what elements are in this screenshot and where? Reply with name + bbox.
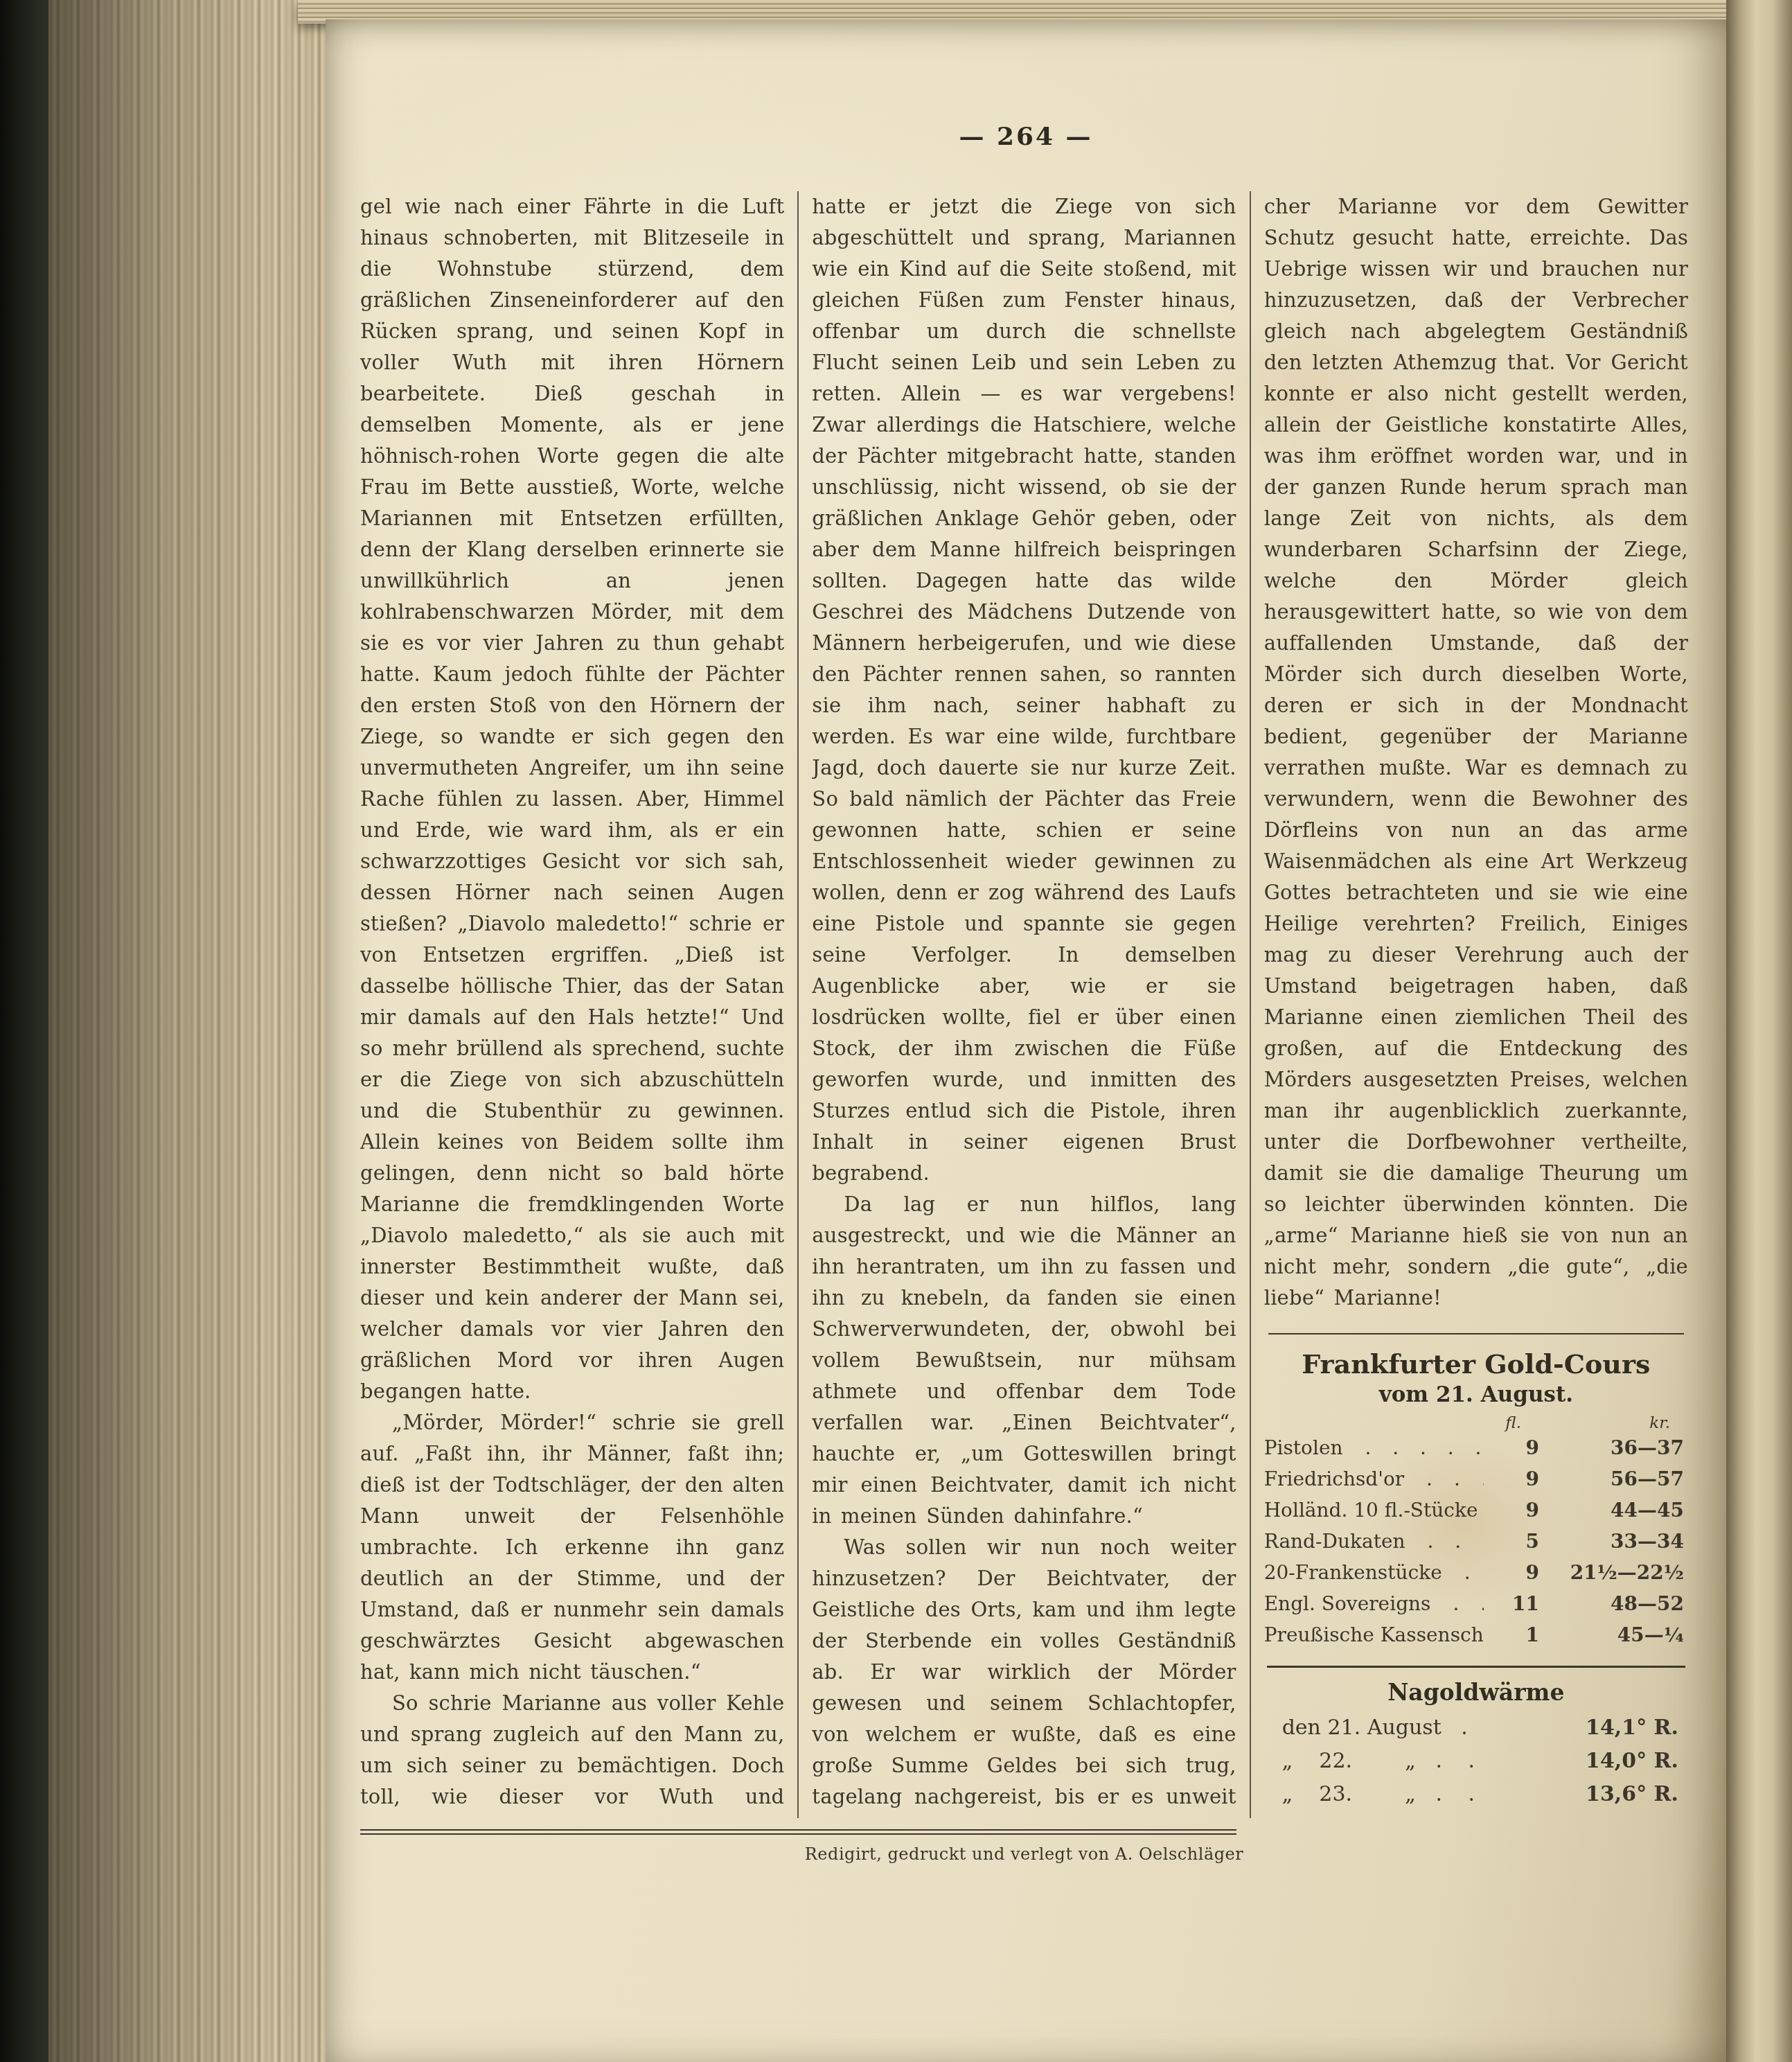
gold-cours-fl-value: 9 [1484,1432,1539,1463]
dot-leader: . . . . [1412,1468,1484,1490]
dot-leader: . . [1436,1782,1485,1806]
column-rule [1250,191,1251,1818]
text-column-2: hatte er jetzt die Ziege von sich abgesc… [812,191,1236,1818]
gold-cours-item-name: Engl. Sovereigns [1264,1592,1431,1615]
nagoldwaerme-day: den 21. August . [1282,1711,1539,1745]
dot-leader: . . [1436,1749,1485,1773]
gold-cours-fl-value: 1 [1484,1619,1539,1650]
nagoldwaerme-temperature: 14,0° R. [1539,1745,1688,1778]
gold-cours-item-name: 20-Frankenstücke [1264,1561,1442,1584]
book-cover-edge [0,0,48,2062]
gold-cours-item-name: Preußische Kassenscheine [1264,1623,1484,1646]
dot-leader: . [1461,1716,1478,1740]
gold-cours-item-label: Friedrichsd'or . . . . [1264,1463,1484,1495]
gold-cours-section: Frankfurter Gold-Cours vom 21. August. f… [1264,1348,1688,1650]
section-divider [1268,1333,1684,1334]
story-continuation: cher Marianne vor dem Gewitter Schutz ge… [1264,191,1688,1314]
column-rule [797,191,799,1818]
book-scan: — 264 — gel wie nach einer Fährte in die… [0,0,1792,2062]
gold-cours-item-label: 20-Frankenstücke . . . [1264,1557,1484,1588]
gold-cours-row: Pistolen . . . . .936—37 [1264,1432,1688,1463]
gold-cours-item-label: Rand-Dukaten . . . . [1264,1526,1484,1557]
gold-cours-fl-value: 9 [1484,1495,1539,1526]
imprint-line: Redigirt, gedruckt und verlegt von A. Oe… [360,1844,1688,1864]
gold-cours-row: Rand-Dukaten . . . .533—34 [1264,1526,1688,1557]
nagoldwaerme-row: „ 23. „ . .13,6° R. [1264,1778,1688,1811]
gold-cours-kr-value: 56—57 [1539,1463,1688,1495]
nagoldwaerme-temperature: 13,6° R. [1539,1778,1688,1811]
gold-cours-header-fl: fl. [1484,1414,1539,1432]
gold-cours-row: Engl. Sovereigns . . .1148—52 [1264,1588,1688,1619]
gold-cours-item-label: Pistolen . . . . . [1264,1432,1484,1463]
story-paragraph: Was sollen wir nun noch weiter hinzusetz… [812,1532,1236,1818]
story-paragraph: „Mörder, Mörder!“ schrie sie grell auf. … [360,1407,784,1688]
gold-cours-item-label: Preußische Kassenscheine [1264,1619,1484,1650]
text-column-1: gel wie nach einer Fährte in die Luft hi… [360,191,784,1818]
gold-cours-fl-value: 5 [1484,1526,1539,1557]
gold-cours-header-row: fl. kr. [1264,1414,1688,1432]
dot-leader: . . . [1451,1561,1484,1584]
nagoldwaerme-row: den 21. August .14,1° R. [1264,1711,1688,1745]
story-paragraph: So schrie Marianne aus voller Kehle und … [360,1688,784,1818]
gold-cours-fl-value: 9 [1484,1557,1539,1588]
gold-cours-item-label: Engl. Sovereigns . . . [1264,1588,1484,1619]
dot-leader: . . . [1439,1592,1484,1615]
dot-leader: . . . . . [1351,1436,1484,1459]
nagoldwaerme-day: „ 22. „ . . [1282,1745,1539,1778]
gold-cours-item-name: Rand-Dukaten [1264,1530,1405,1553]
footer-rule [360,1829,1236,1835]
gold-cours-kr-value: 33—34 [1539,1526,1688,1557]
gold-cours-item-name: Pistolen [1264,1436,1343,1459]
page-footer-band: Redigirt, gedruckt und verlegt von A. Oe… [360,1829,1688,1864]
gold-cours-row: 20-Frankenstücke . . .921½—22½ [1264,1557,1688,1588]
gold-cours-item-name: Holländ. 10 fl.-Stücke [1264,1499,1478,1522]
nagoldwaerme-day: „ 23. „ . . [1282,1778,1539,1811]
gold-cours-kr-value: 21½—22½ [1539,1557,1688,1588]
gold-cours-fl-value: 9 [1484,1463,1539,1495]
nagoldwaerme-row: „ 22. „ . .14,0° R. [1264,1745,1688,1778]
gold-cours-title: Frankfurter Gold-Cours [1264,1348,1688,1380]
gold-cours-kr-value: 36—37 [1539,1432,1688,1463]
text-area: gel wie nach einer Fährte in die Luft hi… [360,191,1688,1818]
newspaper-page: — 264 — gel wie nach einer Fährte in die… [326,19,1726,2062]
text-column-3: cher Marianne vor dem Gewitter Schutz ge… [1264,191,1688,1818]
nagoldwaerme-temperature: 14,1° R. [1539,1711,1688,1745]
gold-cours-row: Preußische Kassenscheine 145—¼ [1264,1619,1688,1650]
gold-cours-item-label: Holländ. 10 fl.-Stücke . [1264,1495,1484,1526]
gold-cours-fl-value: 11 [1484,1588,1539,1619]
gold-cours-row: Friedrichsd'or . . . .956—57 [1264,1463,1688,1495]
page-stack-right-edge [1726,0,1792,2062]
gold-cours-date: vom 21. August. [1264,1382,1688,1407]
story-paragraph: Da lag er nun hilflos, lang ausgestreckt… [812,1189,1236,1532]
page-stack-left-edge [48,0,326,2062]
story-paragraph: cher Marianne vor dem Gewitter Schutz ge… [1264,191,1688,1314]
nagoldwaerme-title: Nagoldwärme [1264,1679,1688,1706]
gold-cours-item-name: Friedrichsd'or [1264,1468,1405,1490]
gold-cours-kr-value: 44—45 [1539,1495,1688,1526]
page-number: — 264 — [326,122,1726,151]
nagoldwaerme-table: den 21. August .14,1° R.„ 22. „ . .14,0°… [1264,1711,1688,1811]
section-divider [1267,1666,1685,1668]
gold-cours-header-kr: kr. [1539,1414,1688,1432]
nagoldwaerme-section: Nagoldwärme den 21. August .14,1° R.„ 22… [1264,1679,1688,1811]
dot-leader: . . . . [1414,1530,1484,1553]
gold-cours-table: Pistolen . . . . .936—37Friedrichsd'or .… [1264,1432,1688,1650]
gold-cours-header-spacer [1264,1414,1484,1432]
gold-cours-kr-value: 45—¼ [1539,1619,1688,1650]
gold-cours-row: Holländ. 10 fl.-Stücke .944—45 [1264,1495,1688,1526]
story-paragraph: hatte er jetzt die Ziege von sich abgesc… [812,191,1236,1189]
gold-cours-kr-value: 48—52 [1539,1588,1688,1619]
story-paragraph: gel wie nach einer Fährte in die Luft hi… [360,191,784,1407]
